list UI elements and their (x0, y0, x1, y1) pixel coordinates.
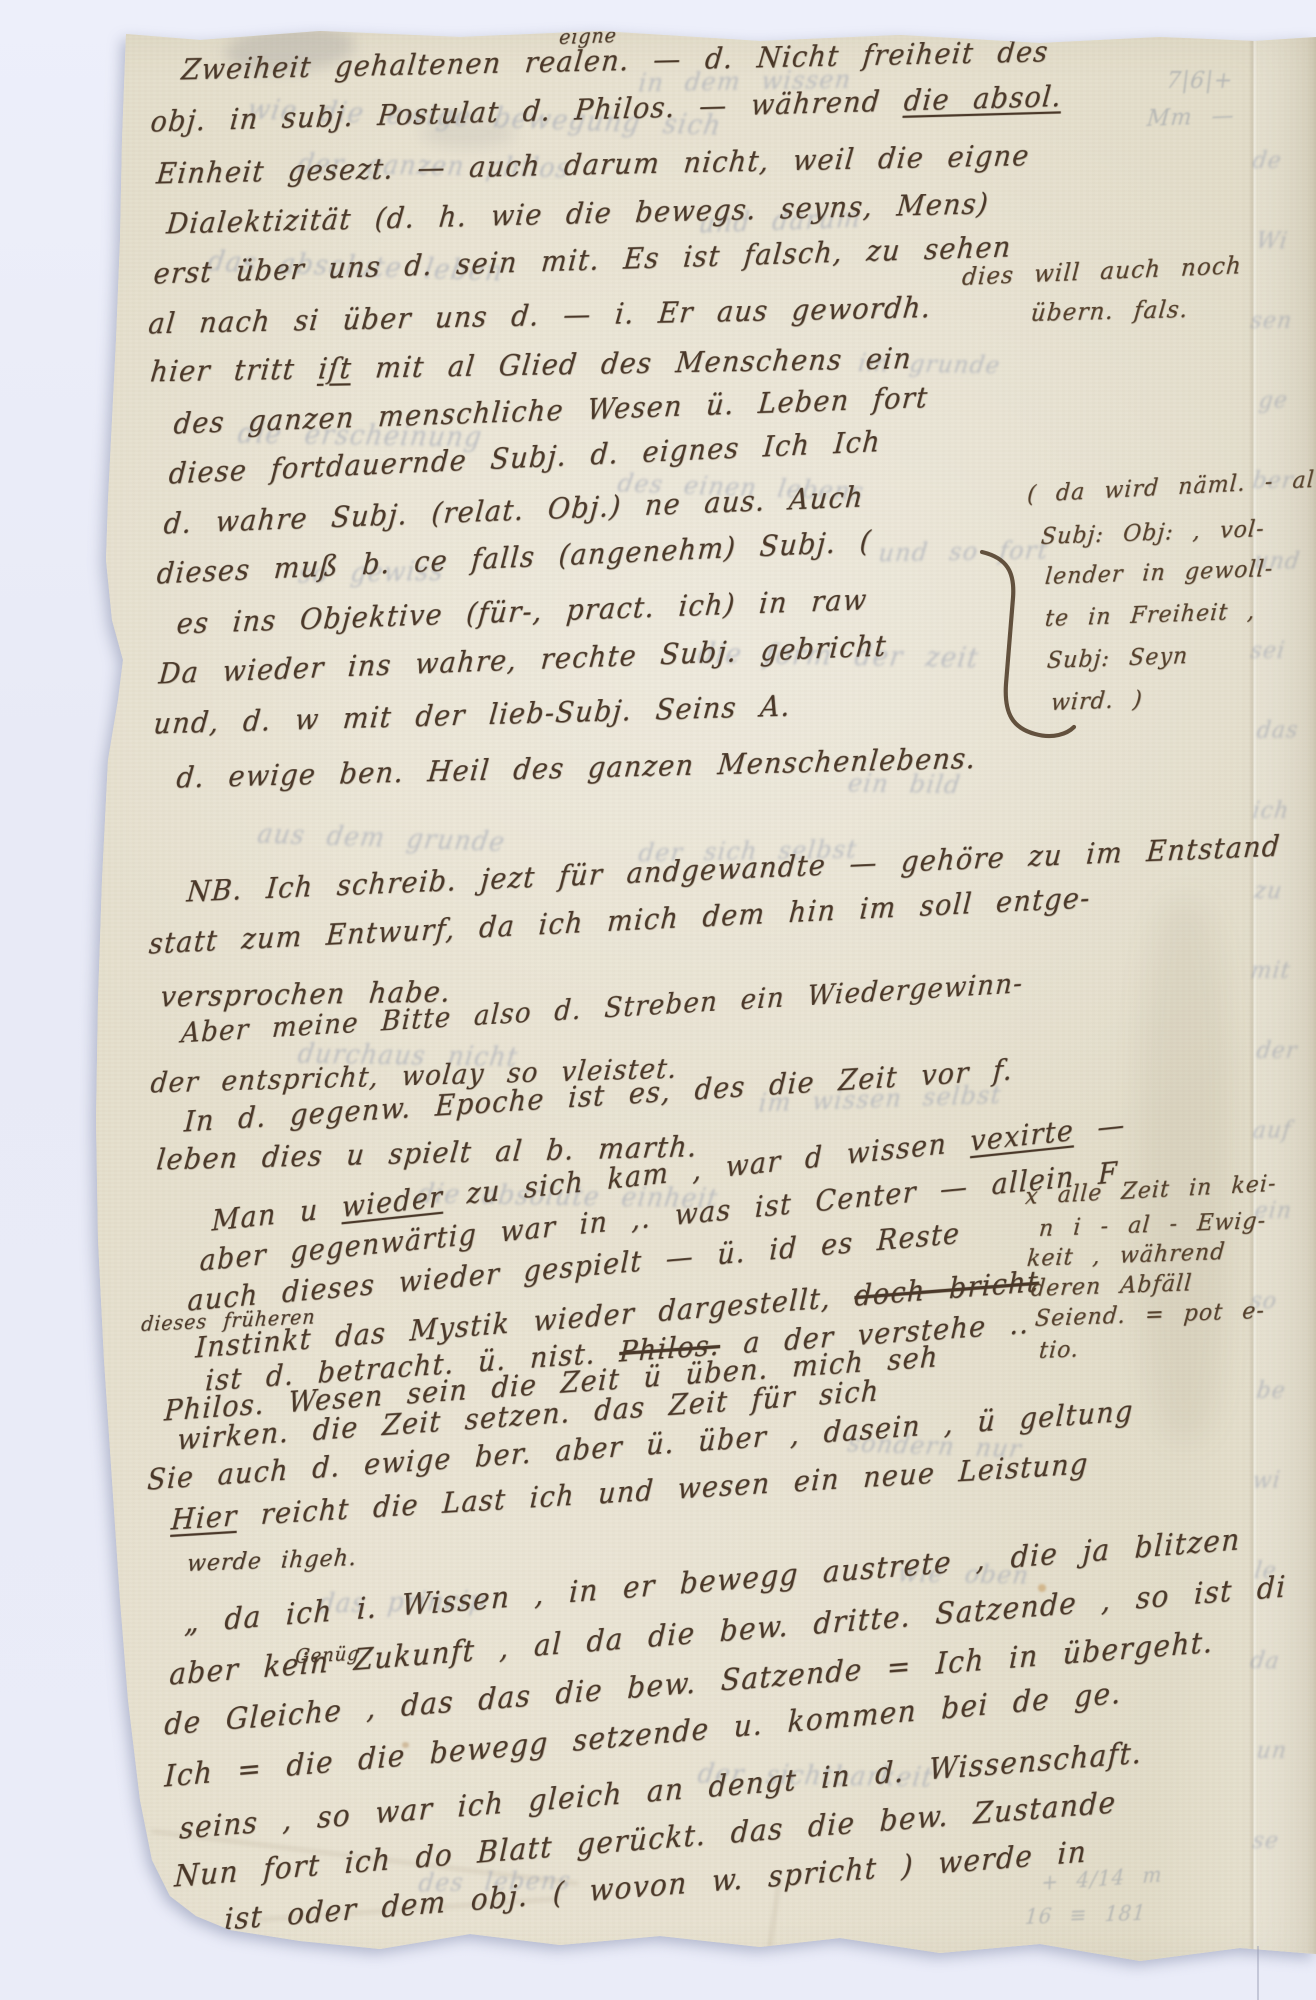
pencil-mark: + 4/14 m (1041, 1864, 1163, 1894)
pencil-mark: 16 ≡ 181 (1024, 1902, 1147, 1928)
pencil-mark: 7|6|+ (1165, 70, 1235, 93)
pencil-marks-layer: 7|6|+Mm —+ 4/14 m16 ≡ 181 (0, 0, 1316, 2000)
fox-spot (114, 1858, 125, 1868)
scanned-manuscript-page: wie die ewige bewegung sichin dem wissen… (0, 0, 1316, 2000)
paper-shadow-wrap: wie die ewige bewegung sichin dem wissen… (0, 0, 1316, 2000)
margin-brace-mark (955, 538, 1105, 768)
manuscript-paper: wie die ewige bewegung sichin dem wissen… (0, 0, 1316, 2000)
scanner-seam-line (1257, 1946, 1259, 2000)
pencil-mark: Mm — (1146, 105, 1236, 131)
